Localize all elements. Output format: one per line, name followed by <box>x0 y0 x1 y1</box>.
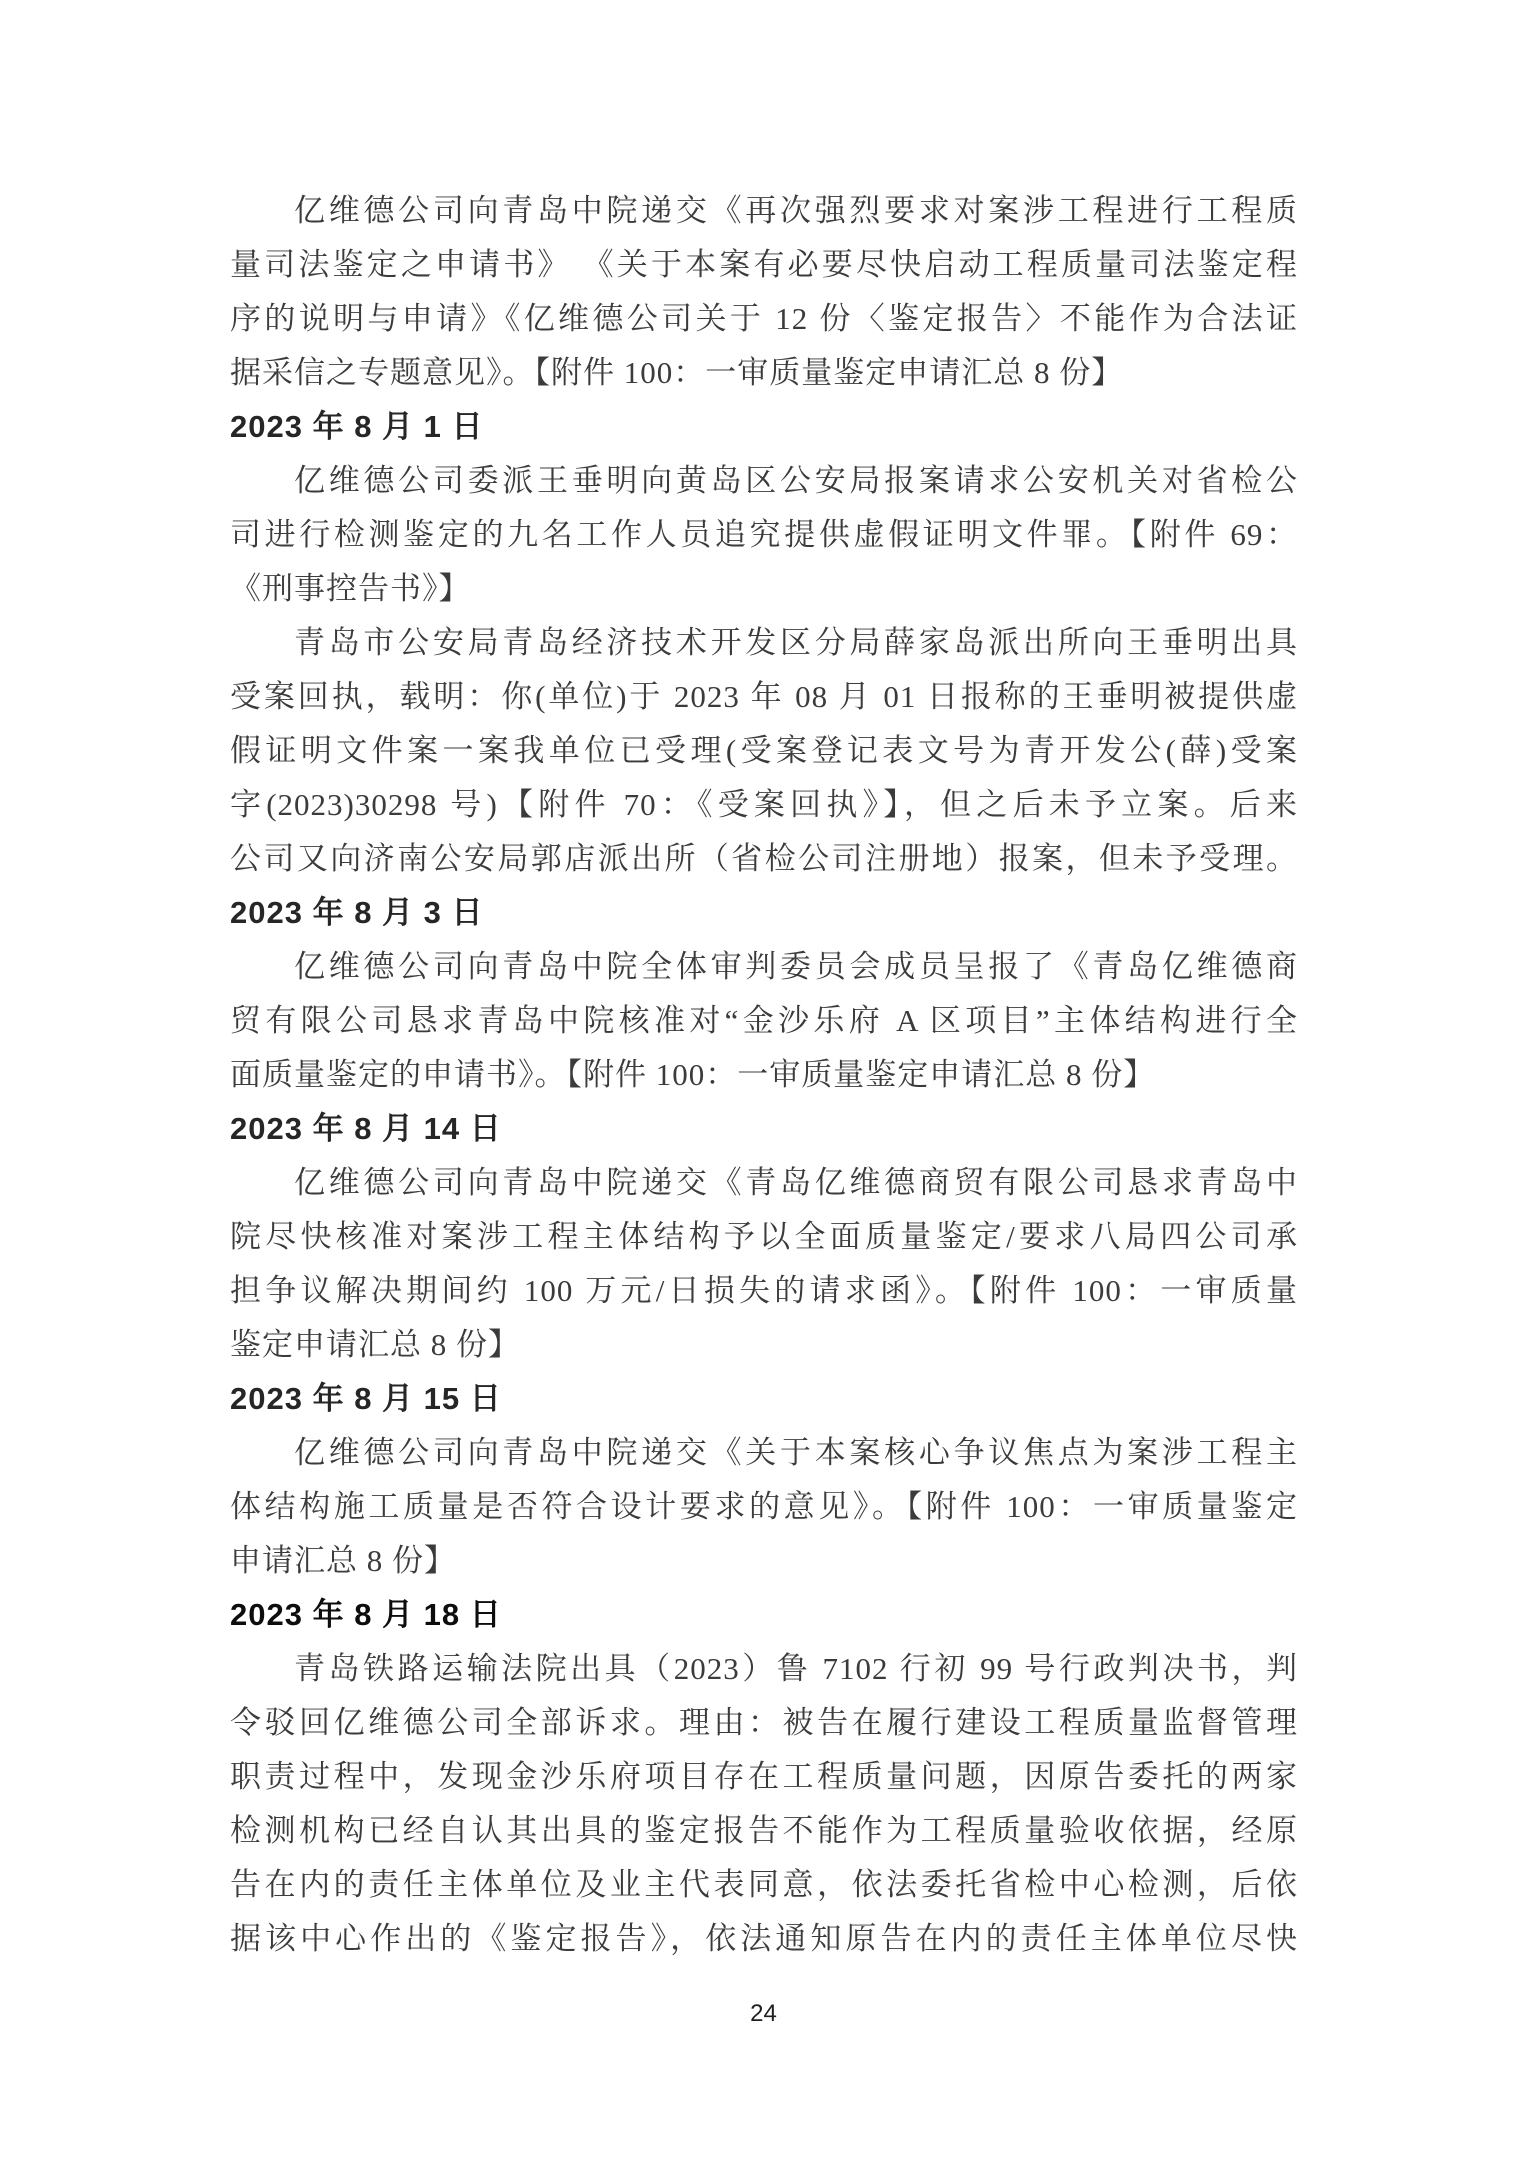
paragraph: 亿维德公司委派王垂明向黄岛区公安局报案请求公安机关对省检公司进行检测鉴定的九名工… <box>230 454 1298 616</box>
body-line: 申请汇总 8 份】 <box>230 1534 1298 1588</box>
body-line: 据采信之专题意见》。【附件 100：一审质量鉴定申请汇总 8 份】 <box>230 346 1298 400</box>
body-line: 假证明文件案一案我单位已受理(受案登记表文号为青开发公(薛)受案 <box>230 724 1298 778</box>
body-line: 《刑事控告书》】 <box>230 562 1298 616</box>
body-line: 院尽快核准对案涉工程主体结构予以全面质量鉴定/要求八局四公司承 <box>230 1210 1298 1264</box>
body-line: 量司法鉴定之申请书》 《关于本案有必要尽快启动工程质量司法鉴定程 <box>230 238 1298 292</box>
date-heading: 2023 年 8 月 18 日 <box>230 1588 1298 1642</box>
paragraph: 亿维德公司向青岛中院递交《再次强烈要求对案涉工程进行工程质量司法鉴定之申请书》 … <box>230 184 1298 400</box>
date-heading: 2023 年 8 月 3 日 <box>230 886 1298 940</box>
body-line: 亿维德公司向青岛中院递交《青岛亿维德商贸有限公司恳求青岛中 <box>230 1156 1298 1210</box>
body-line: 体结构施工质量是否符合设计要求的意见》。【附件 100：一审质量鉴定 <box>230 1480 1298 1534</box>
body-line: 据该中心作出的《鉴定报告》，依法通知原告在内的责任主体单位尽快 <box>230 1912 1298 1966</box>
body-line: 青岛市公安局青岛经济技术开发区分局薛家岛派出所向王垂明出具 <box>230 616 1298 670</box>
body-line: 受案回执，载明：你(单位)于 2023 年 08 月 01 日报称的王垂明被提供… <box>230 670 1298 724</box>
paragraph: 青岛市公安局青岛经济技术开发区分局薛家岛派出所向王垂明出具受案回执，载明：你(单… <box>230 616 1298 886</box>
body-line: 令驳回亿维德公司全部诉求。理由：被告在履行建设工程质量监督管理 <box>230 1696 1298 1750</box>
date-heading: 2023 年 8 月 1 日 <box>230 400 1298 454</box>
body-line: 序的说明与申请》《亿维德公司关于 12 份〈鉴定报告〉不能作为合法证 <box>230 292 1298 346</box>
body-line: 面质量鉴定的申请书》。【附件 100：一审质量鉴定申请汇总 8 份】 <box>230 1048 1298 1102</box>
body-line: 职责过程中，发现金沙乐府项目存在工程质量问题，因原告委托的两家 <box>230 1750 1298 1804</box>
body-line: 青岛铁路运输法院出具（2023）鲁 7102 行初 99 号行政判决书，判 <box>230 1642 1298 1696</box>
document-body: 亿维德公司向青岛中院递交《再次强烈要求对案涉工程进行工程质量司法鉴定之申请书》 … <box>230 184 1298 1966</box>
paragraph: 亿维德公司向青岛中院递交《青岛亿维德商贸有限公司恳求青岛中院尽快核准对案涉工程主… <box>230 1156 1298 1372</box>
document-page: 亿维德公司向青岛中院递交《再次强烈要求对案涉工程进行工程质量司法鉴定之申请书》 … <box>0 0 1527 2160</box>
body-line: 亿维德公司向青岛中院递交《关于本案核心争议焦点为案涉工程主 <box>230 1426 1298 1480</box>
body-line: 贸有限公司恳求青岛中院核准对“金沙乐府 A 区项目”主体结构进行全 <box>230 994 1298 1048</box>
body-line: 鉴定申请汇总 8 份】 <box>230 1318 1298 1372</box>
body-line: 字(2023)30298 号)【附件 70：《受案回执》】，但之后未予立案。后来 <box>230 778 1298 832</box>
body-line: 亿维德公司向青岛中院全体审判委员会成员呈报了《青岛亿维德商 <box>230 940 1298 994</box>
body-line: 担争议解决期间约 100 万元/日损失的请求函》。【附件 100：一审质量 <box>230 1264 1298 1318</box>
paragraph: 亿维德公司向青岛中院全体审判委员会成员呈报了《青岛亿维德商贸有限公司恳求青岛中院… <box>230 940 1298 1102</box>
date-heading: 2023 年 8 月 14 日 <box>230 1102 1298 1156</box>
body-line: 检测机构已经自认其出具的鉴定报告不能作为工程质量验收依据，经原 <box>230 1804 1298 1858</box>
body-line: 亿维德公司委派王垂明向黄岛区公安局报案请求公安机关对省检公 <box>230 454 1298 508</box>
paragraph: 亿维德公司向青岛中院递交《关于本案核心争议焦点为案涉工程主体结构施工质量是否符合… <box>230 1426 1298 1588</box>
paragraph: 青岛铁路运输法院出具（2023）鲁 7102 行初 99 号行政判决书，判令驳回… <box>230 1642 1298 1966</box>
body-line: 司进行检测鉴定的九名工作人员追究提供虚假证明文件罪。【附件 69： <box>230 508 1298 562</box>
body-line: 告在内的责任主体单位及业主代表同意，依法委托省检中心检测，后依 <box>230 1858 1298 1912</box>
body-line: 公司又向济南公安局郭店派出所（省检公司注册地）报案，但未予受理。 <box>230 832 1298 886</box>
body-line: 亿维德公司向青岛中院递交《再次强烈要求对案涉工程进行工程质 <box>230 184 1298 238</box>
page-number: 24 <box>0 1998 1527 2030</box>
date-heading: 2023 年 8 月 15 日 <box>230 1372 1298 1426</box>
